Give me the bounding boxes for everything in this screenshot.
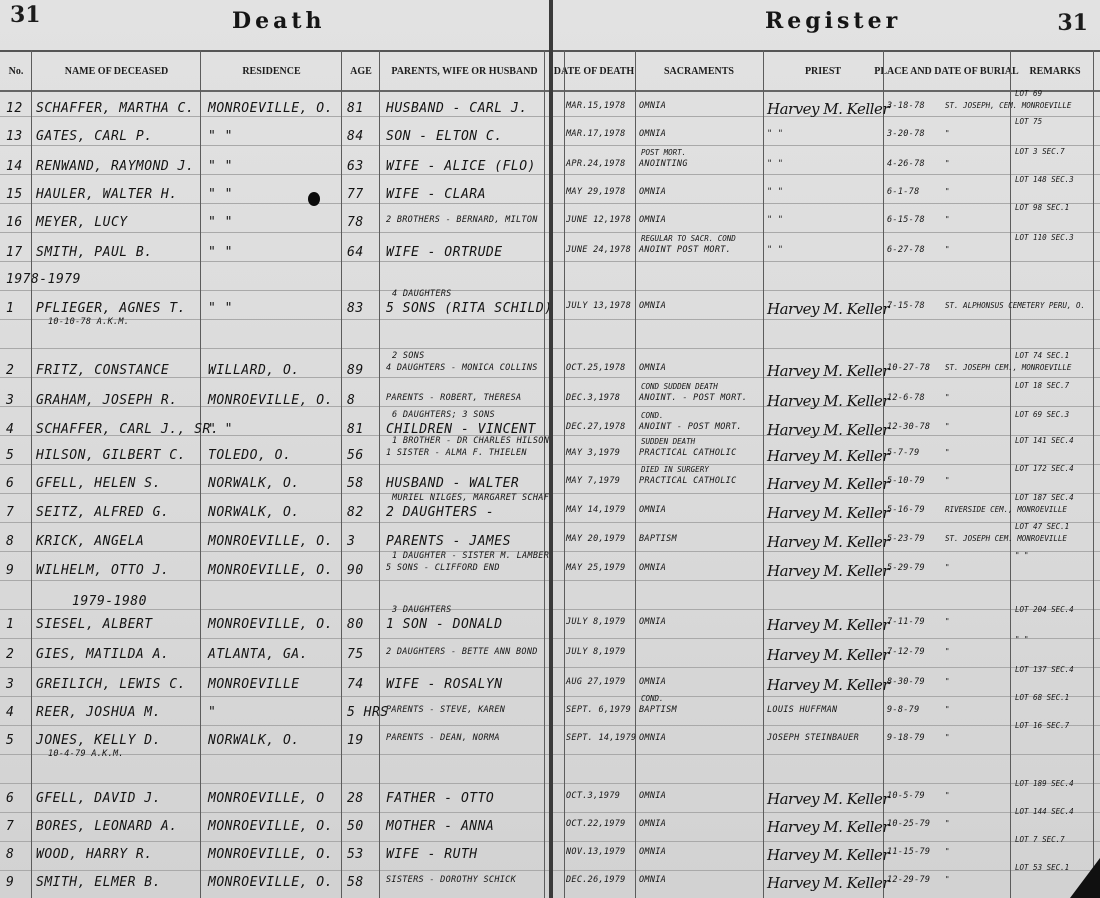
priest: " " — [767, 188, 783, 197]
entry-number: 13 — [6, 130, 23, 143]
age: 64 — [347, 246, 364, 259]
entry-number: 16 — [6, 216, 23, 229]
burial-date: 7-15-78 — [887, 302, 925, 311]
sacraments-annotation: DIED IN SURGERY — [641, 466, 709, 474]
entry-number: 15 — [6, 188, 23, 201]
deceased-name: RENWAND, RAYMOND J. — [36, 160, 194, 173]
burial-place: " — [945, 449, 950, 457]
burial-date: 5-7-79 — [887, 449, 920, 458]
residence: " — [208, 706, 216, 719]
deceased-name: BORES, LEONARD A. — [36, 820, 178, 833]
date-of-death: OCT.25,1978 — [566, 364, 626, 373]
page-number-left: 31 — [10, 2, 41, 28]
priest: Harvey M. Keller — [767, 648, 889, 663]
burial-place: " — [945, 423, 950, 431]
relatives: WIFE - ALICE (FLO) — [386, 160, 536, 173]
sacraments: ANOINT - POST MORT. — [639, 423, 742, 432]
age: 77 — [347, 188, 364, 201]
remarks: LOT 75 — [1015, 118, 1042, 126]
sacraments: OMNIA — [639, 216, 666, 225]
age: 63 — [347, 160, 364, 173]
column-divider — [1093, 50, 1094, 898]
residence: MONROEVILLE, O. — [208, 618, 333, 631]
relatives: HUSBAND - CARL J. — [386, 102, 528, 115]
burial-place: " — [945, 876, 950, 884]
ink-blot — [308, 192, 320, 206]
burial-date: 8-30-79 — [887, 678, 925, 687]
relatives-annotation: 2 SONS — [392, 352, 425, 361]
date-of-death: JUNE 12,1978 — [566, 216, 631, 225]
relatives: FATHER - OTTO — [386, 792, 494, 805]
sacraments: OMNIA — [639, 618, 666, 627]
residence: NORWALK, O. — [208, 734, 300, 747]
priest: Harvey M. Keller — [767, 102, 889, 117]
section-year-label: 1979-1980 — [72, 595, 147, 608]
residence: MONROEVILLE, O. — [208, 820, 333, 833]
deceased-name: HILSON, GILBERT C. — [36, 449, 186, 462]
burial-date: 5-10-79 — [887, 477, 925, 486]
burial-place: " — [945, 246, 950, 254]
residence: TOLEDO, O. — [208, 449, 291, 462]
sacraments: BAPTISM — [639, 535, 677, 544]
entry-number: 5 — [6, 734, 14, 747]
date-of-death: MAY 20,1979 — [566, 535, 626, 544]
remarks: LOT 110 SEC.3 — [1015, 234, 1074, 242]
remarks: " " — [1015, 552, 1029, 560]
relatives-annotation: 3 DAUGHTERS — [392, 606, 452, 615]
relatives: 1 SISTER - ALMA F. THIELEN — [386, 449, 527, 458]
sacraments: OMNIA — [639, 188, 666, 197]
entry-number: 4 — [6, 423, 14, 436]
deceased-name: SMITH, PAUL B. — [36, 246, 153, 259]
residence: MONROEVILLE, O. — [208, 394, 333, 407]
remarks: LOT 69 SEC.3 — [1015, 411, 1069, 419]
deceased-name: WILHELM, OTTO J. — [36, 564, 169, 577]
relatives: 5 SONS (RITA SCHILD) — [386, 302, 549, 315]
residence: " " — [208, 302, 233, 315]
burial-date: 5-29-79 — [887, 564, 925, 573]
residence: WILLARD, O. — [208, 364, 300, 377]
sacraments: OMNIA — [639, 820, 666, 829]
priest: Harvey M. Keller — [767, 364, 889, 379]
sacraments: OMNIA — [639, 102, 666, 111]
column-header-burial: PLACE AND DATE OF BURIAL — [883, 52, 1010, 90]
relatives: 2 DAUGHTERS - BETTE ANN BOND — [386, 648, 538, 657]
date-of-death: JUNE 24,1978 — [566, 246, 631, 255]
burial-date: 10-5-79 — [887, 792, 925, 801]
date-of-death: NOV.13,1979 — [566, 848, 626, 857]
sacraments: OMNIA — [639, 130, 666, 139]
relatives: 2 BROTHERS - BERNARD, MILTON — [386, 216, 538, 225]
entry-number: 8 — [6, 535, 14, 548]
burial-date: 10-25-79 — [887, 820, 930, 829]
sacraments-annotation: COND SUDDEN DEATH — [641, 383, 718, 391]
age: 83 — [347, 302, 364, 315]
entry-number: 9 — [6, 876, 14, 889]
relatives: 4 DAUGHTERS - MONICA COLLINS — [386, 364, 538, 373]
column-header-sacraments: SACRAMENTS — [635, 52, 763, 90]
sacraments: OMNIA — [639, 364, 666, 373]
page-title-right: Register — [765, 8, 901, 34]
deceased-name: FRITZ, CONSTANCE — [36, 364, 169, 377]
priest: " " — [767, 160, 783, 169]
burial-date: 4-26-78 — [887, 160, 925, 169]
priest: Harvey M. Keller — [767, 423, 889, 438]
residence: MONROEVILLE, O. — [208, 564, 333, 577]
residence: " " — [208, 188, 233, 201]
burial-date: 9-8-79 — [887, 706, 920, 715]
remarks: LOT 137 SEC.4 — [1015, 666, 1074, 674]
burial-place: " — [945, 564, 950, 572]
relatives-annotation: 4 DAUGHTERS — [392, 290, 452, 299]
deceased-name: PFLIEGER, AGNES T. — [36, 302, 186, 315]
burial-place: ST. JOSEPH CEM., MONROEVILLE — [945, 364, 1071, 372]
priest: " " — [767, 216, 783, 225]
relatives: PARENTS - DEAN, NORMA — [386, 734, 500, 743]
residence: MONROEVILLE, O. — [208, 535, 333, 548]
sacraments: BAPTISM — [639, 706, 677, 715]
burial-date: 9-18-79 — [887, 734, 925, 743]
age: 89 — [347, 364, 364, 377]
relatives: 2 DAUGHTERS - — [386, 506, 494, 519]
age: 50 — [347, 820, 364, 833]
burial-place: " — [945, 618, 950, 626]
relatives-annotation: 1 DAUGHTER - SISTER M. LAMBERT — [392, 552, 549, 561]
burial-date: 10-27-78 — [887, 364, 930, 373]
residence: MONROEVILLE, O. — [208, 102, 333, 115]
date-of-death: DEC.26,1979 — [566, 876, 626, 885]
remarks: " " — [1015, 636, 1029, 644]
deceased-name: KRICK, ANGELA — [36, 535, 144, 548]
burial-date: 5-23-79 — [887, 535, 925, 544]
entry-number: 3 — [6, 394, 14, 407]
deceased-name: GRAHAM, JOSEPH R. — [36, 394, 178, 407]
relatives: WIFE - ORTRUDE — [386, 246, 503, 259]
burial-date: 7-12-79 — [887, 648, 925, 657]
deceased-name: REER, JOSHUA M. — [36, 706, 161, 719]
remarks: LOT 74 SEC.1 — [1015, 352, 1069, 360]
entry-number: 14 — [6, 160, 23, 173]
age: 74 — [347, 678, 364, 691]
entry-number: 5 — [6, 449, 14, 462]
remarks: LOT 204 SEC.4 — [1015, 606, 1074, 614]
page-title-left: Death — [232, 8, 326, 34]
date-of-death: MAY 25,1979 — [566, 564, 626, 573]
column-divider — [31, 50, 32, 898]
residence: " " — [208, 216, 233, 229]
entry-number: 6 — [6, 477, 14, 490]
sacraments-annotation: SUDDEN DEATH — [641, 438, 695, 446]
date-of-death: JULY 8,1979 — [566, 648, 626, 657]
sacraments: OMNIA — [639, 506, 666, 515]
burial-date: 3-18-78 — [887, 102, 925, 111]
residence: " " — [208, 160, 233, 173]
sacraments: ANOINT POST MORT. — [639, 246, 731, 255]
column-divider — [635, 50, 636, 898]
age: 78 — [347, 216, 364, 229]
column-divider — [341, 50, 342, 898]
remarks: LOT 141 SEC.4 — [1015, 437, 1074, 445]
column-header-remarks: REMARKS — [1010, 52, 1100, 90]
burial-place: " — [945, 734, 950, 742]
priest: LOUIS HUFFMAN — [767, 706, 837, 715]
date-of-death: APR.24,1978 — [566, 160, 626, 169]
entry-number: 7 — [6, 506, 14, 519]
burial-place: ST. JOSEPH CEM. MONROEVILLE — [945, 535, 1067, 543]
column-header-age: AGE — [342, 52, 380, 90]
column-header-date-of-death: DATE OF DEATH — [553, 52, 635, 90]
date-of-death: MAR.15,1978 — [566, 102, 626, 111]
column-header-name: NAME OF DECEASED — [32, 52, 201, 90]
date-of-death: MAR.17,1978 — [566, 130, 626, 139]
column-header-band-left: No. NAME OF DECEASED RESIDENCE AGE PAREN… — [0, 50, 549, 92]
priest: Harvey M. Keller — [767, 302, 889, 317]
priest: Harvey M. Keller — [767, 792, 889, 807]
age: 3 — [347, 535, 355, 548]
residence: MONROEVILLE, O. — [208, 876, 333, 889]
priest: Harvey M. Keller — [767, 876, 889, 891]
residence: MONROEVILLE — [208, 678, 300, 691]
column-divider — [379, 50, 380, 898]
age: 81 — [347, 423, 364, 436]
date-of-death: JULY 13,1978 — [566, 302, 631, 311]
left-page: 31 Death No. NAME OF DECEASED RESIDENCE … — [0, 0, 549, 898]
burial-place: " — [945, 820, 950, 828]
remarks: LOT 68 SEC.1 — [1015, 694, 1069, 702]
entry-number: 2 — [6, 648, 14, 661]
residence: MONROEVILLE, O. — [208, 848, 333, 861]
sacraments: ANOINT. - POST MORT. — [639, 394, 747, 403]
sacraments: OMNIA — [639, 848, 666, 857]
burial-place: " — [945, 792, 950, 800]
relatives: SISTERS - DOROTHY SCHICK — [386, 876, 516, 885]
remarks: LOT 16 SEC.7 — [1015, 722, 1069, 730]
sacraments: OMNIA — [639, 876, 666, 885]
deceased-name: SEITZ, ALFRED G. — [36, 506, 169, 519]
age: 81 — [347, 102, 364, 115]
deceased-name: SMITH, ELMER B. — [36, 876, 161, 889]
deceased-name: GFELL, DAVID J. — [36, 792, 161, 805]
column-divider — [883, 50, 884, 898]
remarks: LOT 3 SEC.7 — [1015, 148, 1065, 156]
entry-number: 1 — [6, 302, 14, 315]
burial-place: RIVERSIDE CEM., MONROEVILLE — [945, 506, 1067, 514]
relatives: SON - ELTON C. — [386, 130, 503, 143]
priest: Harvey M. Keller — [767, 477, 889, 492]
relatives: CHILDREN - VINCENT — [386, 423, 536, 436]
right-page: 31 Register DATE OF DEATH SACRAMENTS PRI… — [553, 0, 1100, 898]
deceased-name: GFELL, HELEN S. — [36, 477, 161, 490]
remarks: LOT 144 SEC.4 — [1015, 808, 1074, 816]
burial-date: 5-16-79 — [887, 506, 925, 515]
column-header-residence: RESIDENCE — [201, 52, 342, 90]
entry-number: 4 — [6, 706, 14, 719]
date-of-death: DEC.3,1978 — [566, 394, 620, 403]
sacraments: OMNIA — [639, 792, 666, 801]
relatives: WIFE - CLARA — [386, 188, 486, 201]
date-of-death: MAY 3,1979 — [566, 449, 620, 458]
remarks: LOT 69 — [1015, 90, 1042, 98]
date-of-death: AUG 27,1979 — [566, 678, 626, 687]
deceased-name: GREILICH, LEWIS C. — [36, 678, 186, 691]
burial-place: " — [945, 130, 950, 138]
burial-date: 6-27-78 — [887, 246, 925, 255]
burial-place: ST. ALPHONSUS CEMETERY PERU, O. — [945, 302, 1085, 310]
sacraments-annotation: REGULAR TO SACR. COND — [641, 235, 736, 243]
page-number-right: 31 — [1057, 10, 1088, 36]
relatives: MOTHER - ANNA — [386, 820, 494, 833]
relatives: HUSBAND - WALTER — [386, 477, 519, 490]
burial-place: " — [945, 394, 950, 402]
relatives: WIFE - ROSALYN — [386, 678, 503, 691]
age: 58 — [347, 477, 364, 490]
priest: Harvey M. Keller — [767, 535, 889, 550]
burial-place: " — [945, 216, 950, 224]
burial-date: 12-30-78 — [887, 423, 930, 432]
column-header-relatives: PARENTS, WIFE OR HUSBAND — [380, 52, 549, 90]
entry-number: 17 — [6, 246, 23, 259]
column-divider — [763, 50, 764, 898]
entry-number: 12 — [6, 102, 23, 115]
sacraments-annotation: COND. — [641, 412, 664, 420]
relatives: 5 SONS - CLIFFORD END — [386, 564, 500, 573]
sacraments: ANOINTING — [639, 160, 688, 169]
relatives-annotation: 1 BROTHER - DR CHARLES HILSON — [392, 437, 549, 446]
age: 19 — [347, 734, 364, 747]
priest: Harvey M. Keller — [767, 678, 889, 693]
deceased-name: GIES, MATILDA A. — [36, 648, 169, 661]
age: 58 — [347, 876, 364, 889]
column-divider — [200, 50, 201, 898]
priest: Harvey M. Keller — [767, 449, 889, 464]
residence: NORWALK, O. — [208, 477, 300, 490]
column-header-no: No. — [0, 52, 32, 90]
remarks: LOT 148 SEC.3 — [1015, 176, 1074, 184]
deceased-name: HAULER, WALTER H. — [36, 188, 178, 201]
age: 5 HRS — [347, 706, 389, 719]
date-of-death: OCT.3,1979 — [566, 792, 620, 801]
date-of-death: JULY 8,1979 — [566, 618, 626, 627]
priest: Harvey M. Keller — [767, 848, 889, 863]
burial-date: 6-15-78 — [887, 216, 925, 225]
remarks: LOT 7 SEC.7 — [1015, 836, 1065, 844]
date-of-death: MAY 14,1979 — [566, 506, 626, 515]
sacraments: PRACTICAL CATHOLIC — [639, 449, 737, 458]
residence: MONROEVILLE, O — [208, 792, 325, 805]
priest: Harvey M. Keller — [767, 394, 889, 409]
relatives: PARENTS - JAMES — [386, 535, 511, 548]
priest: Harvey M. Keller — [767, 564, 889, 579]
entry-number: 9 — [6, 564, 14, 577]
burial-place: " — [945, 188, 950, 196]
remarks: LOT 47 SEC.1 — [1015, 523, 1069, 531]
name-annotation: 10-4-79 A.K.M. — [48, 750, 124, 759]
deceased-name: SIESEL, ALBERT — [36, 618, 153, 631]
priest: Harvey M. Keller — [767, 618, 889, 633]
residence: " " — [208, 246, 233, 259]
burial-place: " — [945, 160, 950, 168]
burial-place: " — [945, 648, 950, 656]
burial-place: " — [945, 706, 950, 714]
remarks: LOT 172 SEC.4 — [1015, 465, 1074, 473]
age: 53 — [347, 848, 364, 861]
entry-number: 2 — [6, 364, 14, 377]
entry-number: 3 — [6, 678, 14, 691]
relatives: WIFE - RUTH — [386, 848, 478, 861]
entry-number: 6 — [6, 792, 14, 805]
residence: NORWALK, O. — [208, 506, 300, 519]
column-divider — [544, 50, 545, 898]
sacraments-annotation: COND. — [641, 695, 664, 703]
deceased-name: SCHAFFER, MARTHA C. — [36, 102, 194, 115]
relatives: 1 SON - DONALD — [386, 618, 503, 631]
residence: ATLANTA, GA. — [208, 648, 308, 661]
priest: Harvey M. Keller — [767, 506, 889, 521]
remarks: LOT 18 SEC.7 — [1015, 382, 1069, 390]
column-divider — [564, 50, 565, 898]
age: 90 — [347, 564, 364, 577]
sacraments: PRACTICAL CATHOLIC — [639, 477, 737, 486]
sacraments: OMNIA — [639, 734, 666, 743]
name-annotation: 10-10-78 A.K.M. — [48, 318, 129, 327]
date-of-death: DEC.27,1978 — [566, 423, 626, 432]
sacraments: OMNIA — [639, 678, 666, 687]
date-of-death: SEPT. 6,1979 — [566, 706, 631, 715]
sacraments: OMNIA — [639, 302, 666, 311]
date-of-death: MAY 29,1978 — [566, 188, 626, 197]
age: 80 — [347, 618, 364, 631]
relatives: PARENTS - STEVE, KAREN — [386, 706, 505, 715]
priest: Harvey M. Keller — [767, 820, 889, 835]
burial-date: 7-11-79 — [887, 618, 925, 627]
relatives-annotation: MURIEL NILGES, MARGARET SCHAFFER — [392, 494, 549, 503]
deceased-name: MEYER, LUCY — [36, 216, 128, 229]
remarks: LOT 53 SEC.1 — [1015, 864, 1069, 872]
burial-date: 12-29-79 — [887, 876, 930, 885]
deceased-name: WOOD, HARRY R. — [36, 848, 153, 861]
date-of-death: OCT.22,1979 — [566, 820, 626, 829]
date-of-death: MAY 7,1979 — [566, 477, 620, 486]
age: 75 — [347, 648, 364, 661]
entry-number: 1 — [6, 618, 14, 631]
age: 8 — [347, 394, 355, 407]
relatives: PARENTS - ROBERT, THERESA — [386, 394, 521, 403]
deceased-name: GATES, CARL P. — [36, 130, 153, 143]
burial-place: " — [945, 678, 950, 686]
remarks: LOT 98 SEC.1 — [1015, 204, 1069, 212]
burial-date: 11-15-79 — [887, 848, 930, 857]
remarks: LOT 189 SEC.4 — [1015, 780, 1074, 788]
residence: " " — [208, 423, 233, 436]
column-divider — [1010, 50, 1011, 898]
section-year-label: 1978-1979 — [6, 273, 81, 286]
age: 84 — [347, 130, 364, 143]
burial-place: " — [945, 848, 950, 856]
age: 82 — [347, 506, 364, 519]
burial-place: " — [945, 477, 950, 485]
sacraments: OMNIA — [639, 564, 666, 573]
column-header-priest: PRIEST — [763, 52, 883, 90]
burial-date: 3-20-78 — [887, 130, 925, 139]
priest: JOSEPH STEINBAUER — [767, 734, 859, 743]
residence: " " — [208, 130, 233, 143]
deceased-name: JONES, KELLY D. — [36, 734, 161, 747]
age: 56 — [347, 449, 364, 462]
deceased-name: SCHAFFER, CARL J., SR. — [36, 423, 219, 436]
priest: " " — [767, 130, 783, 139]
date-of-death: SEPT. 14,1979 — [566, 734, 636, 743]
entry-number: 8 — [6, 848, 14, 861]
